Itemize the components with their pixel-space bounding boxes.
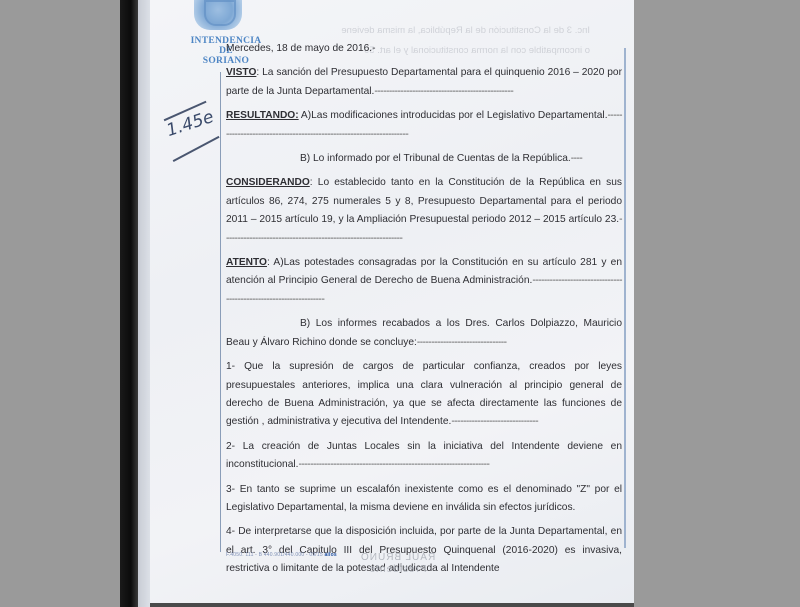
conclusion-item: 1- Que la supresión de cargos de particu…: [226, 358, 622, 432]
page-bottom-edge: [150, 603, 634, 607]
resultando-label: RESULTANDO:: [226, 110, 299, 121]
scanner-left-edge: [120, 0, 138, 607]
bleed-through-line: Inc. 3 de la Constitución de la Repúblic…: [260, 25, 590, 36]
document-page: Inc. 3 de la Constitución de la Repúblic…: [150, 0, 634, 604]
coat-of-arms-icon: [194, 0, 242, 30]
date-line: Mercedes, 18 de mayo de 2016.-: [226, 40, 622, 58]
print-code: F.4050. 111 - B 440.901/440.000 - 09/15 …: [226, 552, 337, 558]
atento-b: B) Los informes recabados a los Dres. Ca…: [226, 315, 622, 352]
document-body: Mercedes, 18 de mayo de 2016.- VISTO: La…: [226, 40, 622, 579]
right-margin-rule: [624, 48, 626, 548]
bleed-through-signature: RAÚL BRUNO Presidente: [360, 552, 435, 576]
resultando-b: B) Lo informado por el Tribunal de Cuent…: [226, 150, 622, 168]
atento-label: ATENTO: [226, 257, 267, 268]
considerando-label: CONSIDERANDO: [226, 177, 310, 188]
considerando-section: CONSIDERANDO: Lo establecido tanto en la…: [226, 174, 622, 248]
resultando-a: RESULTANDO: A)Las modificaciones introdu…: [226, 107, 622, 144]
visto-label: VISTO: [226, 67, 256, 78]
visto-section: VISTO: La sanción del Presupuesto Depart…: [226, 64, 622, 101]
conclusion-item: 3- En tanto se suprime un escalafón inex…: [226, 481, 622, 518]
handwritten-annotation: 1.45e: [158, 96, 228, 166]
conclusion-item: 2- La creación de Juntas Locales sin la …: [226, 438, 622, 475]
margin-rule: [220, 72, 221, 552]
atento-a: ATENTO: A)Las potestades consagradas por…: [226, 254, 622, 309]
